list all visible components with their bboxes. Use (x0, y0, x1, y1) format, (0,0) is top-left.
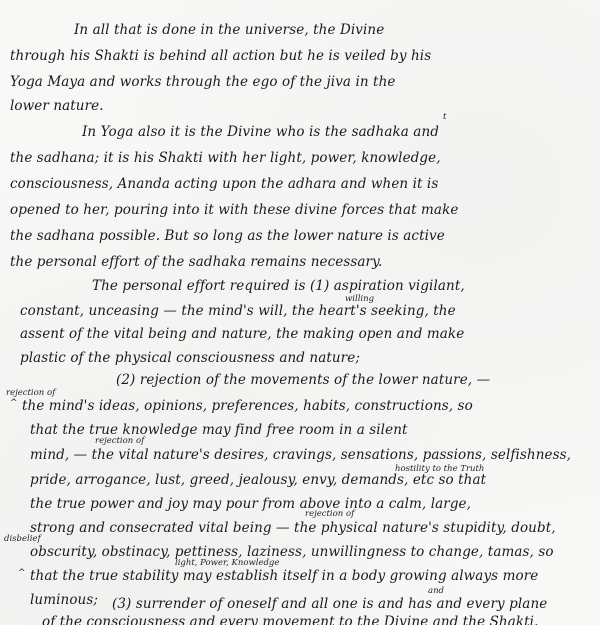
manuscript-line-26: of the consciousness and every movement … (42, 614, 538, 625)
manuscript-line-6: the sadhana; it is his Shakti with her l… (10, 150, 441, 166)
manuscript-line-25: (3) surrender of oneself and all one is … (112, 596, 547, 612)
manuscript-line-21: strong and consecrated vital being — the… (30, 520, 556, 536)
manuscript-line-11: The personal effort required is (1) aspi… (92, 278, 465, 294)
manuscript-line-20: the true power and joy may pour from abo… (30, 496, 471, 512)
manuscript-line-23: that the true stability may establish it… (30, 568, 538, 584)
insertion-and: and (428, 586, 444, 596)
insertion-caret-icon: ^ (18, 568, 26, 578)
manuscript-line-5: In Yoga also it is the Divine who is the… (82, 124, 439, 140)
insertion-willing: willing (345, 294, 374, 304)
manuscript-line-13: assent of the vital being and nature, th… (20, 326, 464, 342)
manuscript-line-8: opened to her, pouring into it with thes… (10, 202, 458, 218)
manuscript-line-2: through his Shakti is behind all action … (10, 48, 431, 64)
manuscript-line-22: obscurity, obstinacy, pettiness, lazines… (30, 544, 554, 560)
manuscript-line-7: consciousness, Ananda acting upon the ad… (10, 176, 438, 192)
manuscript-line-9: the sadhana possible. But so long as the… (10, 228, 445, 244)
manuscript-line-1: In all that is done in the universe, the… (74, 22, 384, 38)
manuscript-line-16: the mind's ideas, opinions, preferences,… (22, 398, 473, 414)
insertion-rejection-of-vital: rejection of (95, 436, 144, 446)
manuscript-line-12: constant, unceasing — the mind's will, t… (20, 303, 456, 319)
manuscript-line-3: Yoga Maya and works through the ego of t… (10, 74, 395, 90)
manuscript-page: In all that is done in the universe, the… (0, 0, 600, 625)
insertion-caret-icon: ^ (10, 398, 18, 408)
insertion-rejection-of-physical: rejection of (305, 509, 354, 519)
manuscript-line-19: pride, arrogance, lust, greed, jealousy,… (30, 472, 486, 488)
manuscript-line-24: luminous; (30, 592, 98, 608)
insertion-light-power-knowledge: light, Power, Knowledge (175, 558, 279, 568)
manuscript-line-14: plastic of the physical consciousness an… (20, 350, 360, 366)
margin-note-rejection-of: rejection of (6, 388, 55, 398)
insertion-superscript-t: t (443, 112, 446, 122)
manuscript-line-15: (2) rejection of the movements of the lo… (116, 372, 490, 388)
margin-note-disbelief: disbelief (4, 534, 41, 544)
manuscript-line-10: the personal effort of the sadhaka remai… (10, 254, 382, 270)
manuscript-line-4: lower nature. (10, 98, 104, 114)
manuscript-line-18: mind, — the vital nature's desires, crav… (30, 447, 571, 463)
manuscript-line-17: that the true knowledge may find free ro… (30, 422, 408, 438)
